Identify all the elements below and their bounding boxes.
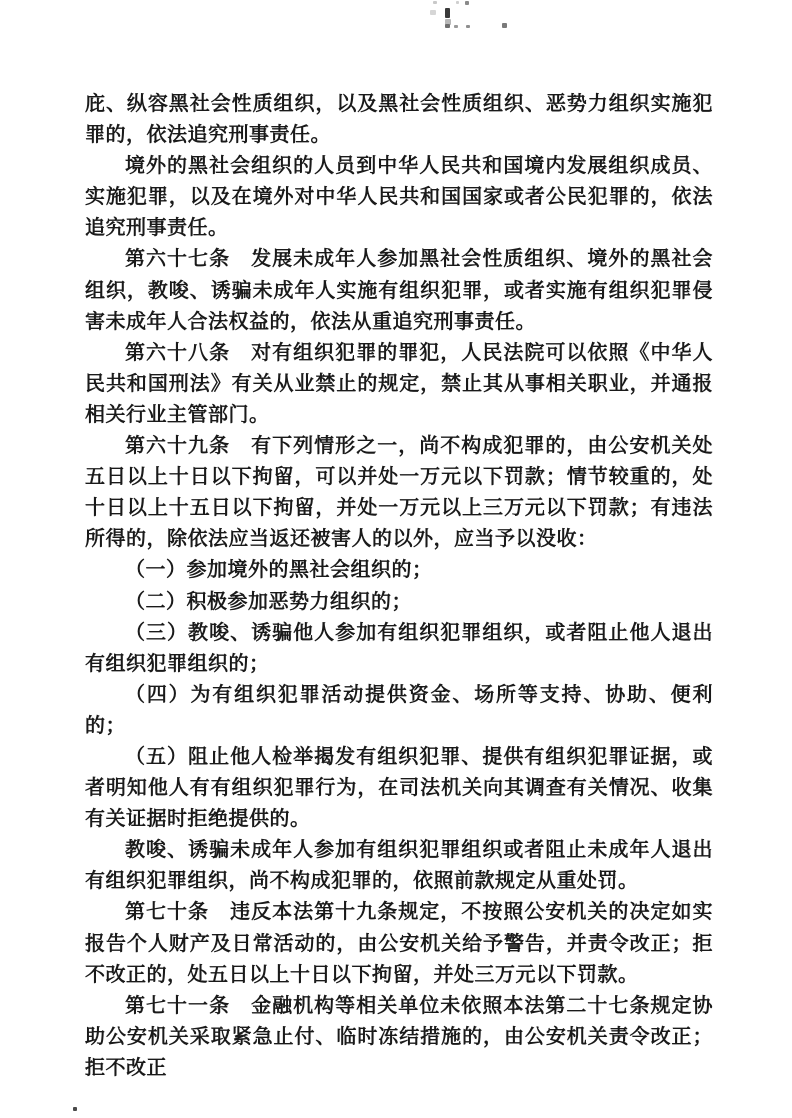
scan-artifact bbox=[445, 24, 450, 28]
scan-artifact bbox=[466, 25, 470, 28]
list-item-2: （二）积极参加恶势力组织的； bbox=[85, 587, 713, 618]
scan-artifact bbox=[430, 10, 436, 15]
scan-artifact bbox=[502, 23, 507, 28]
scan-artifact bbox=[73, 1107, 77, 1111]
list-item-5: （五）阻止他人检举揭发有组织犯罪、提供有组织犯罪证据，或者明知他人有有组织犯罪行… bbox=[85, 742, 713, 835]
paragraph-minors-aggravated: 教唆、诱骗未成年人参加有组织犯罪组织或者阻止未成年人退出有组织犯罪组织，尚不构成… bbox=[85, 835, 713, 897]
list-item-4: （四）为有组织犯罪活动提供资金、场所等支持、协助、便利的； bbox=[85, 680, 713, 742]
list-item-3: （三）教唆、诱骗他人参加有组织犯罪组织，或者阻止他人退出有组织犯罪组织的； bbox=[85, 618, 713, 680]
scan-artifact bbox=[454, 25, 458, 28]
paragraph-article-69: 第六十九条 有下列情形之一，尚不构成犯罪的，由公安机关处五日以上十日以下拘留，可… bbox=[85, 431, 713, 555]
legal-text-block: 庇、纵容黑社会性质组织，以及黑社会性质组织、恶势力组织实施犯罪的，依法追究刑事责… bbox=[85, 89, 713, 1084]
paragraph-article-68: 第六十八条 对有组织犯罪的罪犯，人民法院可以依照《中华人民共和国刑法》有关从业禁… bbox=[85, 338, 713, 431]
paragraph-extraterritorial: 境外的黑社会组织的人员到中华人民共和国境内发展组织成员、实施犯罪，以及在境外对中… bbox=[85, 151, 713, 244]
paragraph-article-71: 第七十一条 金融机构等相关单位未依照本法第二十七条规定协助公安机关采取紧急止付、… bbox=[85, 991, 713, 1084]
paragraph-article-70: 第七十条 违反本法第十九条规定，不按照公安机关的决定如实报告个人财产及日常活动的… bbox=[85, 897, 713, 990]
document-page: 庇、纵容黑社会性质组织，以及黑社会性质组织、恶势力组织实施犯罪的，依法追究刑事责… bbox=[0, 0, 792, 1118]
paragraph-continuation: 庇、纵容黑社会性质组织，以及黑社会性质组织、恶势力组织实施犯罪的，依法追究刑事责… bbox=[85, 89, 713, 151]
list-item-1: （一）参加境外的黑社会组织的； bbox=[85, 555, 713, 586]
scan-artifact bbox=[465, 1, 469, 5]
scan-artifact bbox=[445, 8, 450, 18]
scan-artifact bbox=[433, 1, 437, 4]
paragraph-article-67: 第六十七条 发展未成年人参加黑社会性质组织、境外的黑社会组织，教唆、诱骗未成年人… bbox=[85, 244, 713, 337]
scan-artifact bbox=[456, 1, 459, 4]
